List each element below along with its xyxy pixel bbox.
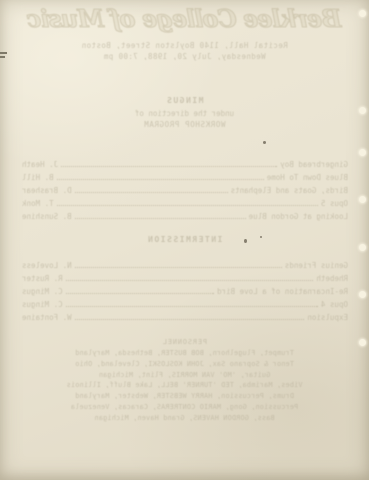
edge-pen-mark: [0, 52, 7, 54]
section-title: MINGUS: [0, 96, 369, 105]
dot-leader: [61, 166, 277, 167]
dot-leader: [66, 306, 318, 307]
song-title: Birds, Goats and Elephants: [231, 186, 348, 195]
personnel-line: Trumpet, Flugelhorn, BOB BUSTER, Bethesd…: [40, 348, 329, 359]
composer: C. Mingus: [22, 287, 63, 296]
program-row: Re-Incarnation of a Love Bird C. Mingus: [22, 283, 348, 296]
program-row: Birds, Goats and Elephants D. Brashear: [22, 182, 348, 195]
composer: B. Hill: [22, 173, 54, 182]
program-row: Gingerbread Boy J. Heath: [22, 156, 348, 169]
scanned-program-page: Berklee College of Music Recital Hall, 1…: [0, 0, 369, 480]
composer: W. Fontaine: [22, 313, 72, 322]
personnel-line: Vibes, Marimba, TED 'TURNER' BELL, Lake …: [40, 380, 329, 391]
program-row: Opus 4 C. Mingus: [22, 296, 348, 309]
song-title: Opus 5: [321, 199, 348, 208]
composer: J. Heath: [22, 160, 58, 169]
program-list-1: Gingerbread Boy J. Heath Blues Down To H…: [22, 156, 348, 221]
composer: B. Sunshine: [22, 212, 72, 221]
program-row: Rhebeth R. Ruster: [22, 270, 348, 283]
dot-leader: [66, 293, 214, 294]
composer: T. Monk: [22, 199, 54, 208]
personnel-line: Percussion, Gong, MARIO CONTRERAS, Carac…: [40, 402, 329, 413]
program-row: Looking at Gordon Blue B. Sunshine: [22, 208, 348, 221]
punch-hole: [359, 244, 366, 251]
song-title: Gingerbread Boy: [280, 160, 348, 169]
ink-speck: [260, 236, 262, 238]
punch-hole: [359, 291, 366, 298]
punch-hole: [359, 10, 366, 17]
venue-line: Recital Hall, 1140 Boylston Street, Bost…: [0, 41, 369, 50]
dot-leader: [75, 218, 246, 219]
punch-hole: [359, 339, 366, 346]
song-title: Looking at Gordon Blue: [249, 212, 348, 221]
personnel-line: Guitar, 'MO' VAN MORRIS, Flint, Michigan: [40, 370, 329, 381]
program-row: Expulsion W. Fontaine: [22, 309, 348, 322]
dot-leader: [57, 179, 264, 180]
dot-leader: [75, 319, 305, 320]
composer: N. Loveless: [22, 261, 72, 270]
composer: D. Brashear: [22, 186, 72, 195]
berklee-logo: Berklee College of Music: [0, 4, 369, 33]
section-subtitle-2: WORKSHOP PROGRAM: [0, 120, 369, 129]
personnel-line: Tenor & Soprano Sax, JOHN KOSLOSKI, Clev…: [40, 359, 329, 370]
dot-leader: [66, 280, 314, 281]
song-title: Opus 4: [321, 300, 348, 309]
composer: C. Mingus: [22, 300, 63, 309]
punch-hole: [359, 196, 366, 203]
date-line: Wednesday, July 20, 1988, 7:00 pm: [0, 52, 369, 61]
song-title: Re-Incarnation of a Love Bird: [217, 287, 348, 296]
personnel-line: Bass, GORDON HAVENS, Grand Haven, Michig…: [40, 413, 329, 424]
punch-hole: [359, 107, 366, 114]
composer: R. Ruster: [22, 274, 63, 283]
dot-leader: [75, 192, 228, 193]
dot-leader: [57, 205, 318, 206]
ink-speck: [263, 141, 266, 144]
dot-leader: [75, 267, 282, 268]
ink-speck: [244, 239, 247, 243]
personnel-block: Trumpet, Flugelhorn, BOB BUSTER, Bethesd…: [40, 348, 329, 424]
song-title: Blues Down To Home: [267, 173, 348, 182]
edge-pen-mark: [0, 56, 5, 58]
personnel-heading: PERSONNEL: [0, 338, 369, 346]
intermission-heading: INTERMISSION: [0, 235, 369, 244]
section-subtitle: under the direction of: [0, 109, 369, 118]
program-row: Opus 5 T. Monk: [22, 195, 348, 208]
program-row: Blues Down To Home B. Hill: [22, 169, 348, 182]
program-list-2: Genius Friends N. Loveless Rhebeth R. Ru…: [22, 257, 348, 322]
program-row: Genius Friends N. Loveless: [22, 257, 348, 270]
song-title: Rhebeth: [316, 274, 348, 283]
punch-hole: [359, 149, 366, 156]
song-title: Expulsion: [307, 313, 348, 322]
personnel-line: Drums, Percussion, HARRY WEBSTER, Webste…: [40, 391, 329, 402]
song-title: Genius Friends: [285, 261, 348, 270]
show-through-layer: Berklee College of Music Recital Hall, 1…: [0, 0, 369, 480]
